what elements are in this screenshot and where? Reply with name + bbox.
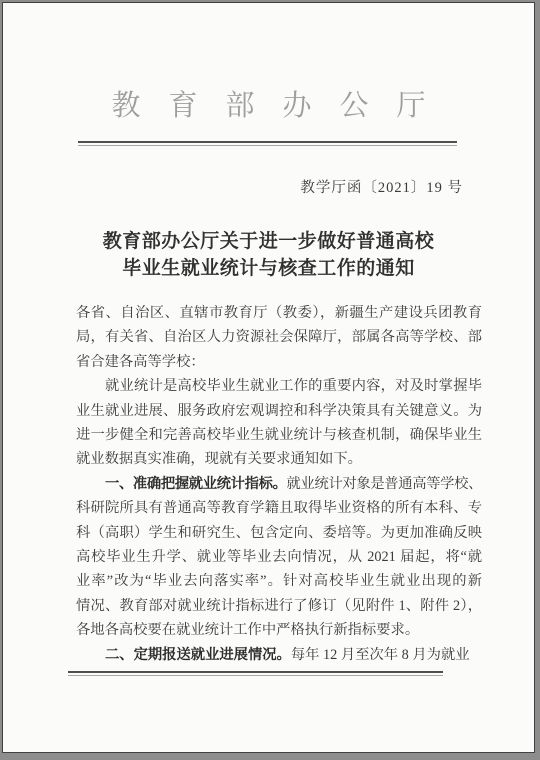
body-line-text: 各省、自治区、直辖市教育厅（教委），新疆生产建设兵团教育: [76, 305, 482, 321]
body-line-text: 科研院所具有普通高等教育学籍且取得毕业资格的所有本科、专: [76, 500, 482, 516]
body-line: 二、定期报送就业进展情况。每年 12 月至次年 8 月为就业: [76, 643, 482, 667]
body-line: 局，有关省、自治区人力资源社会保障厅，部属各高等学校、部: [76, 325, 482, 349]
page-footer-rule: [68, 671, 443, 676]
body-line: 业生就业进展、服务政府宏观调控和科学决策具有关键意义。为: [76, 399, 482, 423]
letterhead-agency-text: 教育部办公厅: [111, 90, 453, 122]
body-line: 业率”改为“毕业去向落实率”。针对高校毕业生就业出现的新: [76, 569, 482, 593]
body-line-text: 业生就业进展、服务政府宏观调控和科学决策具有关键意义。为: [76, 403, 482, 419]
body-line-text: 省合建各高等学校：: [76, 354, 205, 370]
body-line-text: 局，有关省、自治区人力资源社会保障厅，部属各高等学校、部: [76, 329, 482, 345]
body-line: 科（高职）学生和研究生、包含定向、委培等。为更加准确反映: [76, 521, 482, 545]
document-title-line-2: 毕业生就业统计与核查工作的通知: [3, 255, 534, 282]
body-line: 省合建各高等学校：: [76, 350, 482, 374]
body-line: 各省、自治区、直辖市教育厅（教委），新疆生产建设兵团教育: [76, 301, 482, 325]
body-line-text: 就业统计是高校毕业生就业工作的重要内容，对及时掌握毕: [105, 378, 482, 394]
body-line: 就业数据真实准确，现就有关要求通知如下。: [76, 447, 482, 471]
body-line: 高校毕业生升学、就业等毕业去向情况，从 2021 届起，将“就: [76, 545, 482, 569]
body-line-text: 就业数据真实准确，现就有关要求通知如下。: [76, 451, 362, 467]
document-title: 教育部办公厅关于进一步做好普通高校 毕业生就业统计与核查工作的通知: [3, 228, 534, 282]
body-line-text: 就业统计对象是普通高等学校、: [287, 476, 482, 492]
body-line-text: 高校毕业生升学、就业等毕业去向情况，从 2021 届起，将“就: [76, 549, 482, 565]
section-heading-text: 一、准确把握就业统计指标。: [105, 476, 287, 492]
body-line-text: 科（高职）学生和研究生、包含定向、委培等。为更加准确反映: [76, 525, 482, 541]
screenshot-root: { "letterhead": { "agency": "教育部办公厅" }, …: [0, 0, 540, 760]
body-line-text: 业率”改为“毕业去向落实率”。针对高校毕业生就业出现的新: [76, 573, 482, 589]
body-line: 科研院所具有普通高等教育学籍且取得毕业资格的所有本科、专: [76, 496, 482, 520]
body-line: 一、准确把握就业统计指标。就业统计对象是普通高等学校、: [76, 472, 482, 496]
letterhead-agency-name: 教育部办公厅: [3, 87, 534, 125]
body-line: 情况、教育部对就业统计指标进行了修订（见附件 1、附件 2），: [76, 594, 482, 618]
body-line: 就业统计是高校毕业生就业工作的重要内容，对及时掌握毕: [76, 374, 482, 398]
document-page: 教育部办公厅 教学厅函〔2021〕19 号 教育部办公厅关于进一步做好普通高校 …: [2, 2, 535, 753]
document-number: 教学厅函〔2021〕19 号: [3, 179, 534, 198]
body-line-text: 情况、教育部对就业统计指标进行了修订（见附件 1、附件 2），: [76, 598, 482, 614]
body-line: 各地各高校要在就业统计工作中严格执行新指标要求。: [76, 618, 482, 642]
body-line: 进一步健全和完善高校毕业生就业统计与核查机制，确保毕业生: [76, 423, 482, 447]
body-text: 各省、自治区、直辖市教育厅（教委），新疆生产建设兵团教育局，有关省、自治区人力资…: [76, 301, 482, 667]
body-line-text: 每年 12 月至次年 8 月为就业: [291, 647, 470, 663]
section-heading-text: 二、定期报送就业进展情况。: [105, 647, 291, 663]
document-title-line-1: 教育部办公厅关于进一步做好普通高校: [3, 228, 534, 255]
body-line-text: 进一步健全和完善高校毕业生就业统计与核查机制，确保毕业生: [76, 427, 482, 443]
letterhead-divider-rule: [78, 141, 457, 146]
body-line-text: 各地各高校要在就业统计工作中严格执行新指标要求。: [76, 622, 419, 638]
